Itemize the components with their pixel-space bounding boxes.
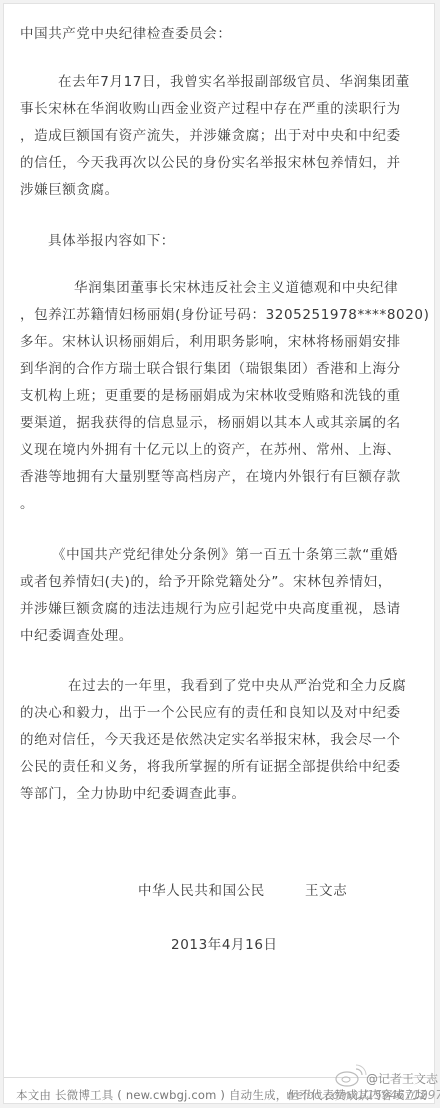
text-line: 的信任，今天我再次以公民的身份实名举报宋林包养情妇，并 [20,150,401,176]
text-line: ，包养江苏籍情妇杨丽娟(身份证号码：3205251978****8020) [20,302,429,328]
text-line: 等部门，全力协助中纪委调查此事。 [20,781,246,807]
weibo-logo-icon [334,1064,368,1088]
signature-title: 中华人民共和国公民 [138,878,265,904]
text-line: 或者包养情妇(夫)的，给予开除党籍处分”。宋林包养情妇， [20,569,392,595]
signature-name: 王文志 [305,878,347,904]
text-line: 。 [20,491,34,517]
text-line: 到华润的合作方瑞士联合银行集团（瑞银集团）香港和上海分 [20,356,401,382]
text-line: 的决心和毅力，出于一个公民应有的责任和良知以及对中纪委 [20,700,401,726]
text-line: 并涉嫌巨额贪腐的违法违规行为应引起党中央高度重视，恳请 [20,596,401,622]
text-line: 公民的责任和义务，将我所掌握的所有证据全部提供给中纪委 [20,754,401,780]
text-line: 多年。宋林认识杨丽娟后，利用职务影响，宋林将杨丽娟安排 [20,329,401,355]
salutation: 中国共产党中央纪律检查委员会： [20,21,232,47]
document-page: 中国共产党中央纪律检查委员会： 在去年7月17日，我曾实名举报副部级官员、华润集… [3,3,435,1104]
watermark-url: weibo.com/u/1594671297 [286,1088,440,1102]
watermark-handle: @记者王文志 [366,1070,438,1087]
section-heading: 具体举报内容如下： [48,228,175,254]
text-line: 支机构上班；更重要的是杨丽娟成为宋林收受贿赂和洗钱的重 [20,383,401,409]
text-line: 要渠道，据我获得的信息显示，杨丽娟以其本人或其亲属的名 [20,410,401,436]
text-line: 华润集团董事长宋林违反社会主义道德观和中央纪律 [74,275,398,301]
text-line: 中纪委调查处理。 [20,623,133,649]
text-line: 涉嫌巨额贪腐。 [20,177,119,203]
letter-date: 2013年4月16日 [171,932,278,958]
text-line: 在去年7月17日，我曾实名举报副部级官员、华润集团董 [58,69,410,95]
text-line: 的绝对信任，今天我还是依然决定实名举报宋林，我会尽一个 [20,727,401,753]
text-line: 香港等地拥有大量别墅等高档房产，在境内外银行有巨额存款 [20,464,401,490]
text-line: 在过去的一年里，我看到了党中央从严治党和全力反腐 [68,673,406,699]
text-line: 事长宋林在华润收购山西金业资产过程中存在严重的渎职行为 [20,96,401,122]
text-line: 义现在境内外拥有十亿元以上的资产，在苏州、常州、上海、 [20,437,401,463]
text-line: ，造成巨额国有资产流失，并涉嫌贪腐；出于对中央和中纪委 [20,123,401,149]
text-line: 《中国共产党纪律处分条例》第一百五十条第三款“重婚 [52,542,398,568]
